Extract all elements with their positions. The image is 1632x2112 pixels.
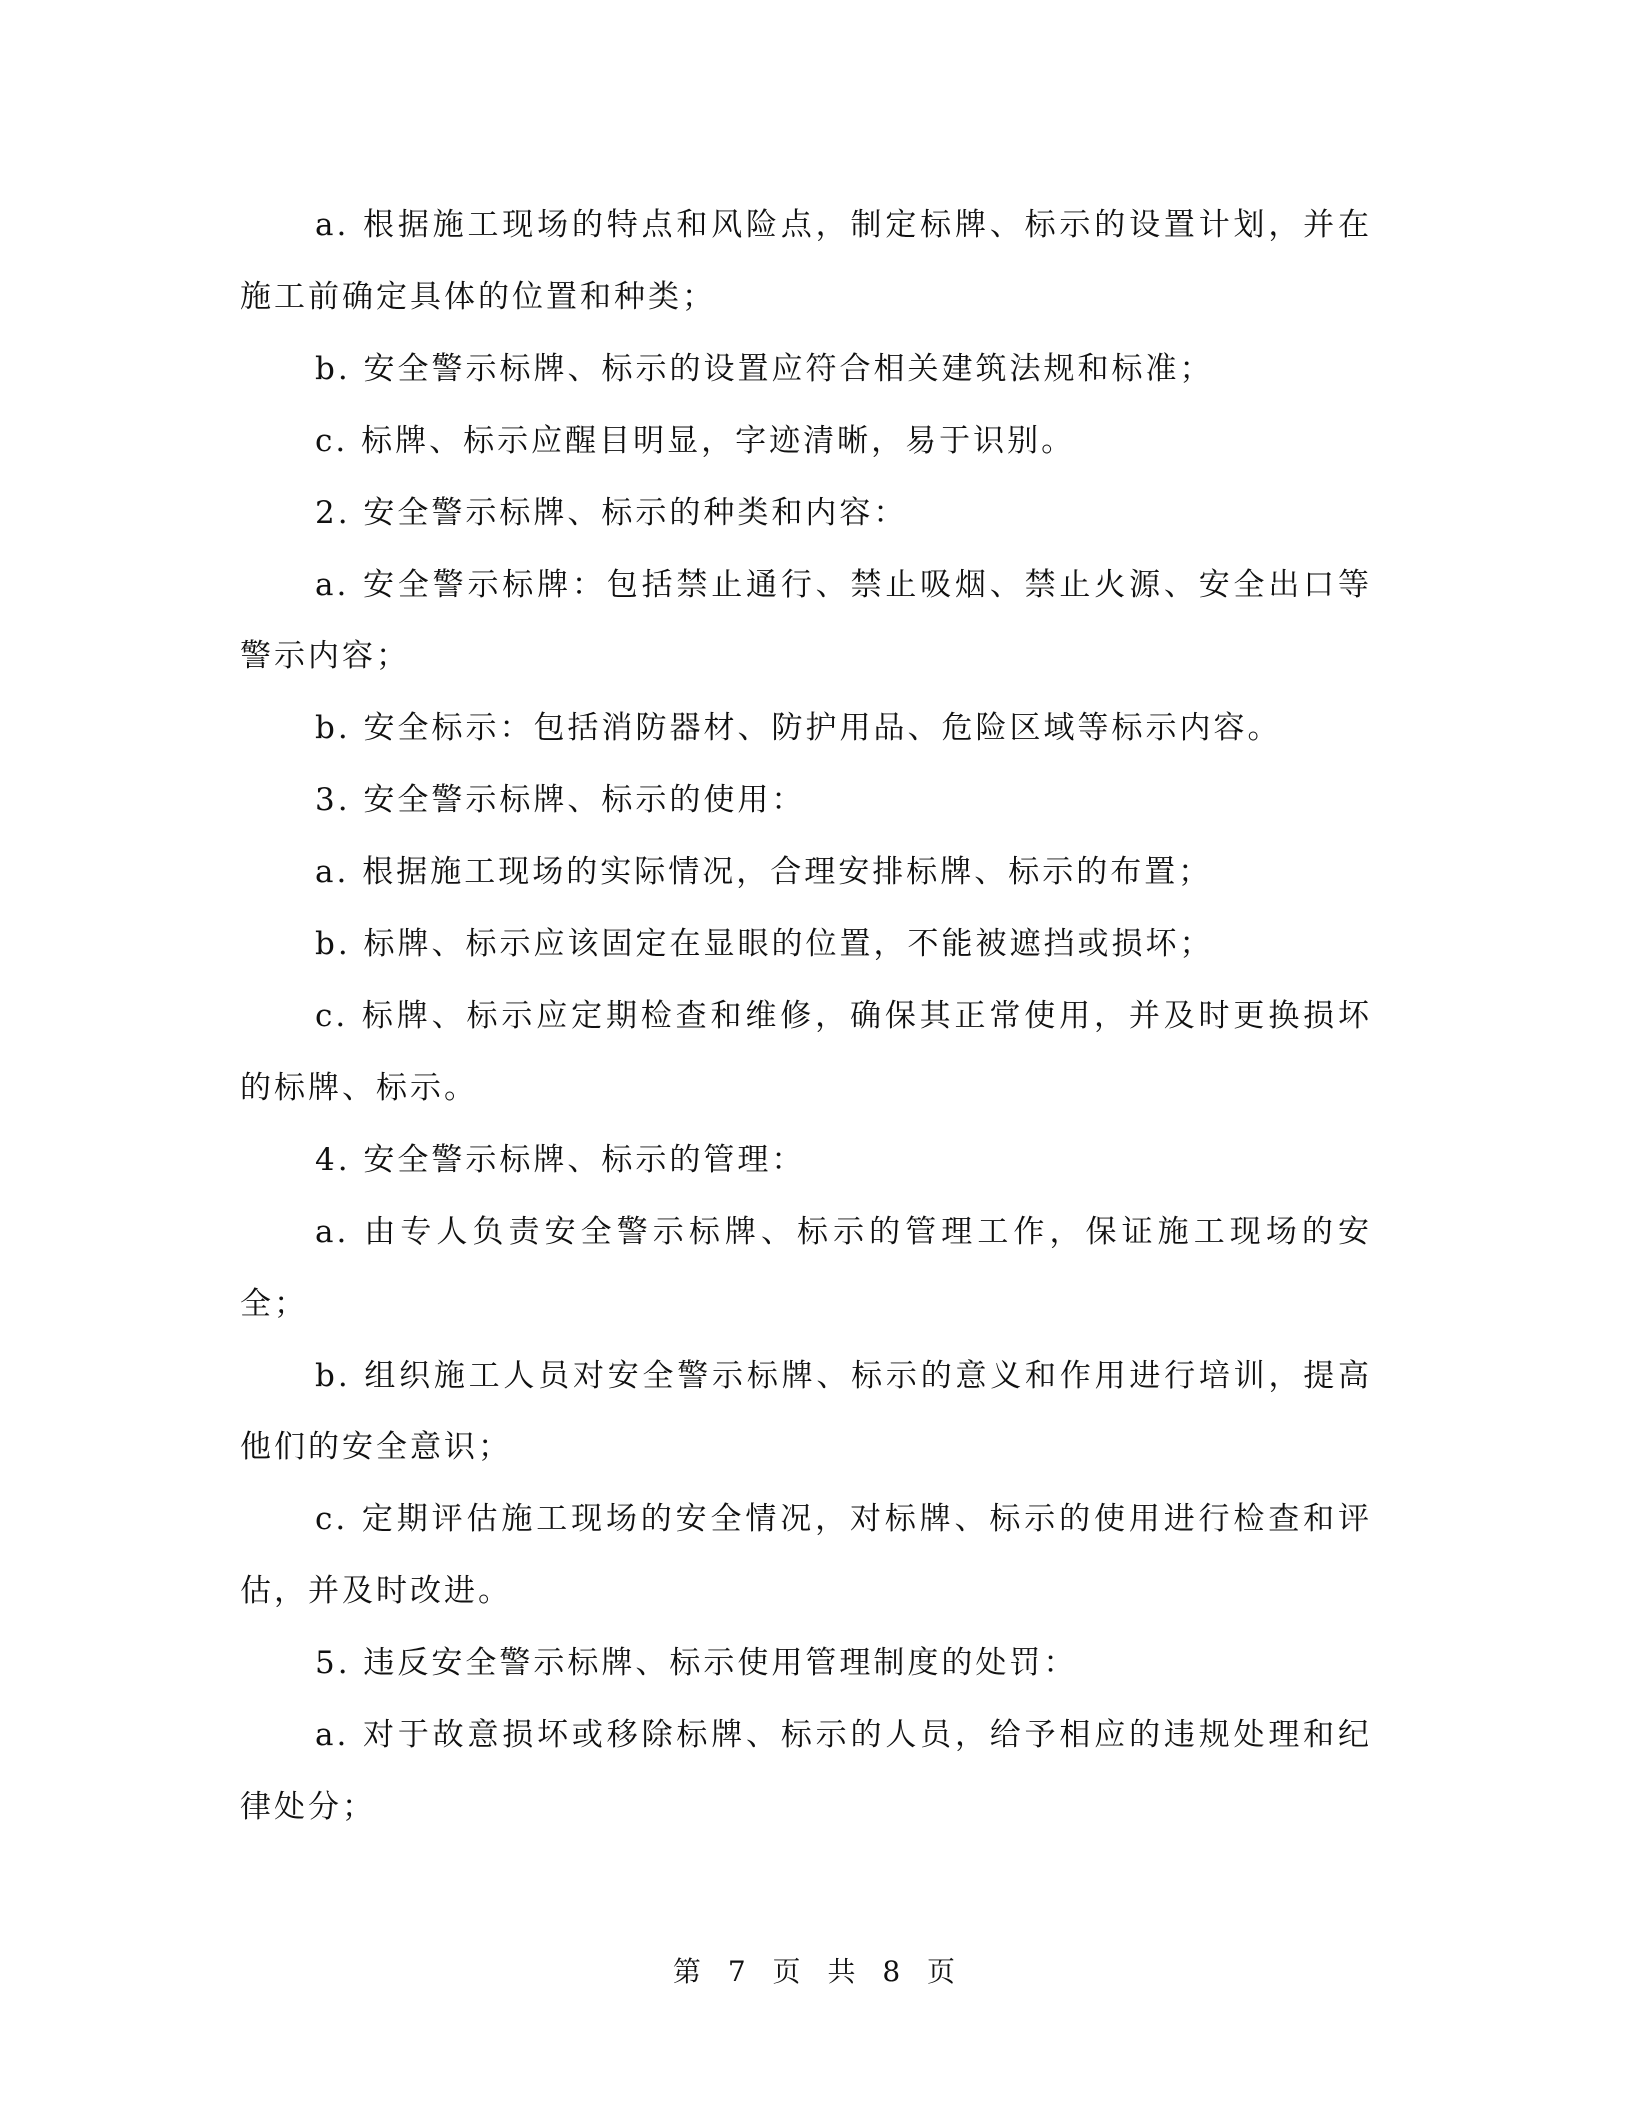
- paragraph: b. 标牌、标示应该固定在显眼的位置，不能被遮挡或损坏；: [240, 909, 1372, 981]
- paragraph: a. 根据施工现场的实际情况，合理安排标牌、标示的布置；: [240, 837, 1372, 909]
- paragraph: a. 对于故意损坏或移除标牌、标示的人员，给予相应的违规处理和纪律处分；: [240, 1700, 1372, 1844]
- section-heading: 2. 安全警示标牌、标示的种类和内容：: [240, 478, 1372, 550]
- paragraph: a. 根据施工现场的特点和风险点，制定标牌、标示的设置计划，并在施工前确定具体的…: [240, 190, 1372, 334]
- section-heading: 5. 违反安全警示标牌、标示使用管理制度的处罚：: [240, 1628, 1372, 1700]
- document-page: a. 根据施工现场的特点和风险点，制定标牌、标示的设置计划，并在施工前确定具体的…: [0, 0, 1632, 2112]
- document-body: a. 根据施工现场的特点和风险点，制定标牌、标示的设置计划，并在施工前确定具体的…: [240, 190, 1372, 1844]
- paragraph: a. 由专人负责安全警示标牌、标示的管理工作，保证施工现场的安全；: [240, 1197, 1372, 1341]
- paragraph: b. 组织施工人员对安全警示标牌、标示的意义和作用进行培训，提高他们的安全意识；: [240, 1341, 1372, 1485]
- paragraph: c. 定期评估施工现场的安全情况，对标牌、标示的使用进行检查和评估，并及时改进。: [240, 1484, 1372, 1628]
- paragraph: b. 安全警示标牌、标示的设置应符合相关建筑法规和标准；: [240, 334, 1372, 406]
- paragraph: b. 安全标示：包括消防器材、防护用品、危险区域等标示内容。: [240, 693, 1372, 765]
- page-number-footer: 第 7 页 共 8 页: [0, 1950, 1632, 1990]
- section-heading: 4. 安全警示标牌、标示的管理：: [240, 1125, 1372, 1197]
- paragraph: a. 安全警示标牌：包括禁止通行、禁止吸烟、禁止火源、安全出口等警示内容；: [240, 550, 1372, 694]
- paragraph: c. 标牌、标示应醒目明显，字迹清晰，易于识别。: [240, 406, 1372, 478]
- section-heading: 3. 安全警示标牌、标示的使用：: [240, 765, 1372, 837]
- paragraph: c. 标牌、标示应定期检查和维修，确保其正常使用，并及时更换损坏的标牌、标示。: [240, 981, 1372, 1125]
